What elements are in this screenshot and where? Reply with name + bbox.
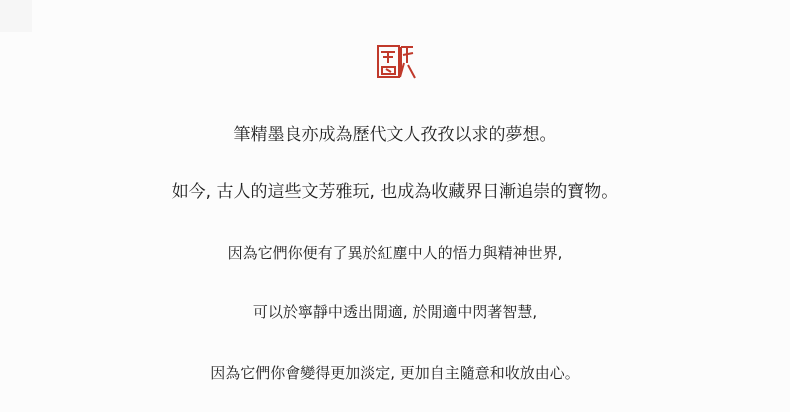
poem-line-4: 可以於寧靜中透出閒適, 於閒適中閃著智慧, xyxy=(0,305,790,320)
poem-line-5: 因為它們你會變得更加淡定, 更加自主隨意和收放由心。 xyxy=(0,366,790,381)
poem-line-3: 因為它們你便有了異於紅塵中人的悟力與精神世界, xyxy=(0,246,790,261)
poem-line-2: 如今, 古人的這些文芳雅玩, 也成為收藏界日漸追崇的寶物。 xyxy=(0,184,790,201)
seal-stamp-icon xyxy=(377,43,417,80)
corner-shade xyxy=(0,0,32,32)
poem-line-1: 筆精墨良亦成為歷代文人孜孜以求的夢想。 xyxy=(0,127,790,144)
